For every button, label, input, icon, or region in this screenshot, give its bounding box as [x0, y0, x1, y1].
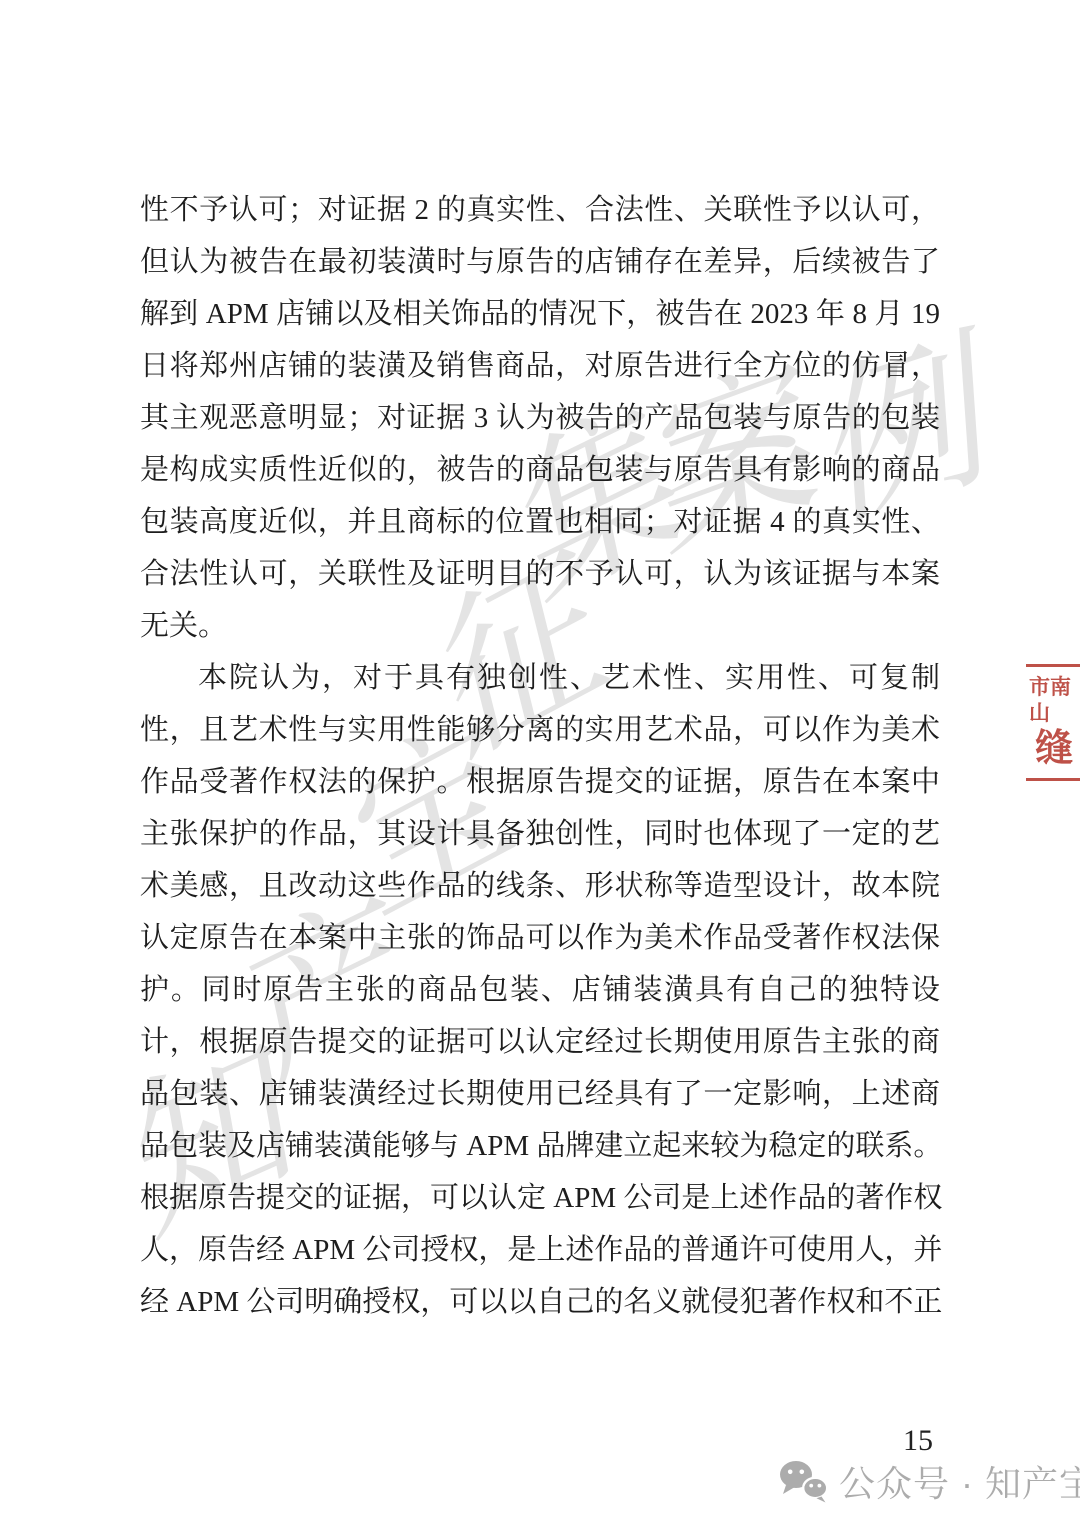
text-line: 根据原告提交的证据，可以认定 APM 公司是上述作品的著作权	[140, 1172, 940, 1224]
page-seal-text-row2: 缝	[1035, 728, 1080, 770]
footer-label: 公众号 · 知产宝	[839, 1456, 1080, 1507]
text-line: 作品受著作权法的保护。根据原告提交的证据，原告在本案中	[140, 756, 940, 808]
text-line: 认定原告在本案中主张的饰品可以作为美术作品受著作权法保	[140, 912, 940, 964]
text-line: 其主观恶意明显；对证据 3 认为被告的产品包装与原告的包装	[140, 392, 940, 444]
body-text: 性不予认可；对证据 2 的真实性、合法性、关联性予以认可， 但认为被告在最初装潢…	[140, 184, 940, 1328]
page-seal: 市南山 缝	[1026, 664, 1080, 781]
text-line: 无关。	[140, 600, 940, 652]
text-line: 主张保护的作品，其设计具备独创性，同时也体现了一定的艺	[140, 808, 940, 860]
footer: 公众号 · 知产宝	[779, 1456, 1080, 1507]
text-line: 本院认为，对于具有独创性、艺术性、实用性、可复制	[140, 652, 940, 704]
text-line: 是构成实质性近似的，被告的商品包装与原告具有影响的商品	[140, 444, 940, 496]
text-line: 品包装及店铺装潢能够与 APM 品牌建立起来较为稳定的联系。	[140, 1120, 940, 1172]
page-seal-text-row1: 市南山	[1026, 674, 1080, 726]
text-line: 经 APM 公司明确授权，可以以自己的名义就侵犯著作权和不正	[140, 1276, 940, 1328]
text-line: 品包装、店铺装潢经过长期使用已经具有了一定影响，上述商	[140, 1068, 940, 1120]
text-line: 合法性认可，关联性及证明目的不予认可，认为该证据与本案	[140, 548, 940, 600]
page-number: 15	[880, 1424, 956, 1458]
text-line: 计，根据原告提交的证据可以认定经过长期使用原告主张的商	[140, 1016, 940, 1068]
text-line: 但认为被告在最初装潢时与原告的店铺存在差异，后续被告了	[140, 236, 940, 288]
text-line: 性不予认可；对证据 2 的真实性、合法性、关联性予以认可，	[140, 184, 940, 236]
text-line: 人，原告经 APM 公司授权，是上述作品的普通许可使用人，并	[140, 1224, 940, 1276]
text-line: 解到 APM 店铺以及相关饰品的情况下，被告在 2023 年 8 月 19	[140, 288, 940, 340]
text-line: 包装高度近似，并且商标的位置也相同；对证据 4 的真实性、	[140, 496, 940, 548]
wechat-icon	[779, 1460, 829, 1504]
text-line: 性，且艺术性与实用性能够分离的实用艺术品，可以作为美术	[140, 704, 940, 756]
text-line: 术美感，且改动这些作品的线条、形状称等造型设计，故本院	[140, 860, 940, 912]
document-page: 知 产 宝 征 集 案 例 性不予认可；对证据 2 的真实性、合法性、关联性予以…	[0, 0, 1080, 1526]
text-line: 日将郑州店铺的装潢及销售商品，对原告进行全方位的仿冒，	[140, 340, 940, 392]
text-line: 护。同时原告主张的商品包装、店铺装潢具有自己的独特设	[140, 964, 940, 1016]
